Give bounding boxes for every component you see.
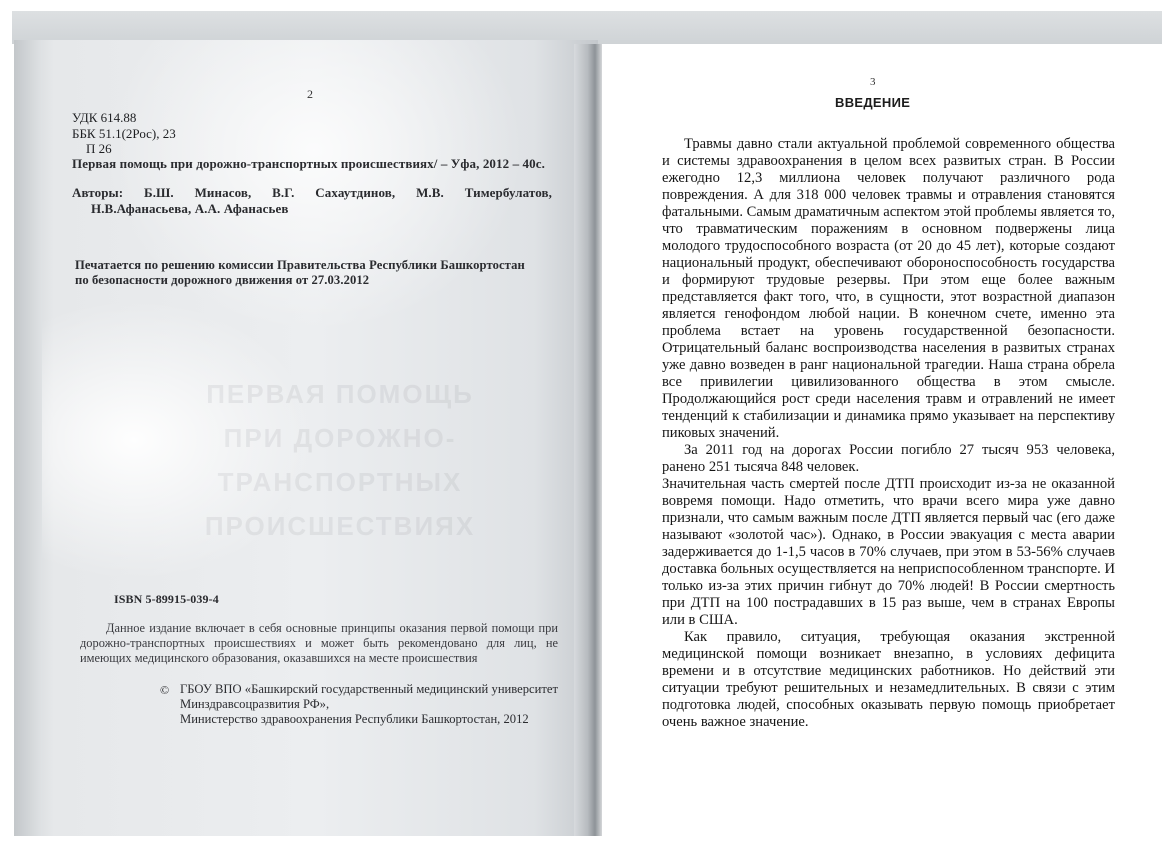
author-part: Минасов, [195, 185, 252, 201]
page-number-left: 2 [307, 87, 313, 102]
paragraph: За 2011 год на дорогах России погибло 27… [662, 442, 1115, 476]
section-heading: ВВЕДЕНИЕ [835, 95, 910, 110]
copyright-block: ГБОУ ВПО «Башкирский государственный мед… [180, 682, 558, 727]
udk-code: УДК 614.88 [72, 110, 136, 125]
paragraph: Травмы давно стали актуальной проблемой … [662, 136, 1115, 442]
introduction-body: Травмы давно стали актуальной проблемой … [662, 136, 1115, 731]
authors-label: Авторы: [72, 185, 123, 201]
bibliographic-title: Первая помощь при дорожно-транспортных п… [72, 156, 545, 172]
bbk-code: ББК 51.1(2Рос), 23 [72, 126, 176, 141]
author-mark: П 26 [86, 141, 112, 156]
author-part: Б.Ш. [144, 185, 174, 201]
author-part: М.В. [416, 185, 444, 201]
author-part: В.Г. [272, 185, 294, 201]
copyright-symbol: © [160, 683, 169, 698]
author-part: Тимербулатов, [465, 185, 552, 201]
ghost-title-line: ПРИ ДОРОЖНО-ТРАНСПОРТНЫХ [150, 416, 530, 504]
isbn: ISBN 5-89915-039-4 [114, 592, 219, 607]
copyright-line-1: ГБОУ ВПО «Башкирский государственный мед… [180, 682, 558, 712]
copyright-line-2: Министерство здравоохранения Республики … [180, 712, 558, 727]
ghost-title-line: ПРОИСШЕСТВИЯХ [150, 504, 530, 548]
author-part: Сахаутдинов, [315, 185, 395, 201]
book-spine [574, 44, 604, 836]
annotation: Данное издание включает в себя основные … [80, 621, 558, 666]
ghost-title-line: ПЕРВАЯ ПОМОЩЬ [150, 372, 530, 416]
bleed-through-title: ПЕРВАЯ ПОМОЩЬ ПРИ ДОРОЖНО-ТРАНСПОРТНЫХ П… [150, 372, 530, 548]
authors-line: Авторы: Б.Ш. Минасов, В.Г. Сахаутдинов, … [72, 185, 552, 201]
paragraph: Как правило, ситуация, требующая оказани… [662, 629, 1115, 731]
print-decision-line-2: по безопасности дорожного движения от 27… [75, 273, 369, 288]
authors-line-2: Н.В.Афанасьева, А.А. Афанасьев [91, 201, 288, 217]
page-number-right: 3 [870, 76, 876, 88]
print-decision-line-1: Печатается по решению комиссии Правитель… [75, 258, 525, 273]
annotation-text: Данное издание включает в себя основные … [80, 621, 558, 666]
paragraph: Значительная часть смертей после ДТП про… [662, 476, 1115, 629]
